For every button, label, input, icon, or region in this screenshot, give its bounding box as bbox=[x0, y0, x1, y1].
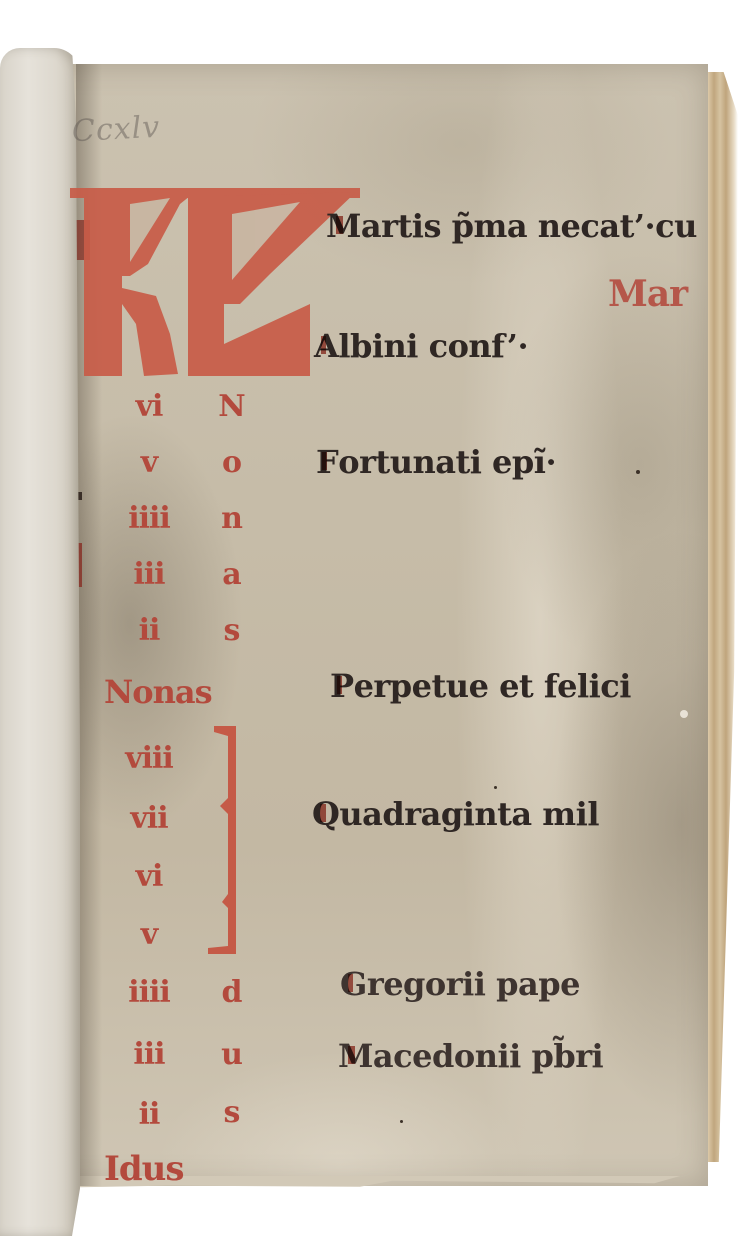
entry-initial: F bbox=[316, 446, 338, 478]
entry-text: acedonii pb̃ri bbox=[373, 1037, 603, 1075]
entry-initial: M bbox=[326, 210, 361, 242]
entry-initial: A bbox=[314, 330, 338, 362]
calendar-entry: Macedonii pb̃ri bbox=[338, 1040, 603, 1072]
calendar-entry: Perpetue et felici bbox=[330, 670, 631, 702]
entry-initial: Q bbox=[312, 798, 339, 830]
entry-initial: M bbox=[338, 1040, 373, 1072]
entry-text: lbini conf’· bbox=[338, 327, 528, 365]
calendar-entry: Albini conf’· bbox=[314, 330, 528, 362]
entry-text: erpetue et felici bbox=[354, 667, 631, 705]
calendar-entry: Fortunati epĩ· bbox=[316, 446, 556, 478]
entry-text: artis p̃ma necat’·cu bbox=[361, 207, 697, 245]
ink-speck bbox=[400, 1120, 403, 1123]
calendar-entry: Martis p̃ma necat’·cu bbox=[326, 210, 697, 242]
entry-text: ortunati epĩ· bbox=[338, 443, 556, 481]
ink-speck bbox=[680, 710, 688, 718]
entry-initial: G bbox=[340, 968, 367, 1000]
ink-speck bbox=[494, 786, 497, 789]
entry-text: uadraginta mil bbox=[339, 795, 599, 833]
entry-initial: P bbox=[330, 670, 354, 702]
calendar-entry: Gregorii pape bbox=[340, 968, 580, 1000]
entries-column: Martis p̃ma necat’·cu Albini conf’· Fort… bbox=[40, 64, 700, 1186]
calendar-entry: Quadraginta mil bbox=[312, 798, 599, 830]
ink-speck bbox=[636, 470, 640, 474]
entry-text: regorii pape bbox=[367, 965, 580, 1003]
